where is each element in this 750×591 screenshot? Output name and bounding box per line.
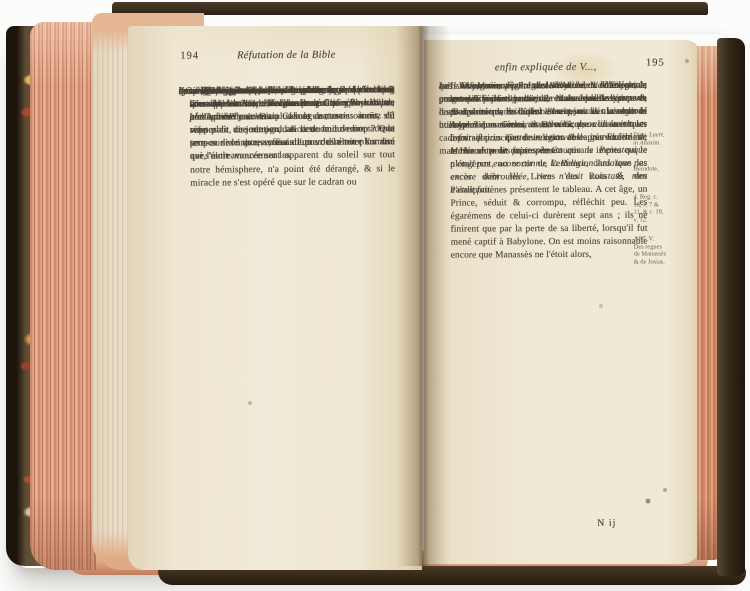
left-page-header: 194 Réfutation de la Bible — [178, 49, 394, 67]
leather-cover-right — [717, 38, 745, 576]
margin-note-citation: Herodote, l. 2. — [633, 165, 691, 180]
margin-note-citation: 4. Reg. c. 16, v. 7 & 11, & c. 19, v. 12… — [633, 193, 691, 224]
left-running-title: Réfutation de la Bible — [178, 49, 394, 62]
left-page: 194 Réfutation de la Bible simplement qu… — [128, 26, 422, 570]
right-running-title: enfin expliquée de V..., — [439, 62, 653, 74]
margin-note-citation: Diog. Laert. in Anaxim. — [633, 131, 691, 146]
right-page-header: enfin expliquée de V..., 195 — [439, 62, 653, 79]
printers-signature: N ij — [597, 518, 616, 529]
left-page-surface: 194 Réfutation de la Bible simplement qu… — [128, 26, 422, 570]
photo-of-open-book: 194 Réfutation de la Bible simplement qu… — [0, 0, 750, 591]
right-text-block: Juifs ne jugeoient point de la marche du… — [439, 80, 647, 81]
paragraph: Vous avancez en l'air qu'il n'entend rie… — [179, 83, 395, 85]
left-text-block: simplement que l'ombre rétrograda de dix… — [179, 83, 395, 85]
margin-notes-column: Diog. Laert. in Anaxim. Herodote, l. 2. … — [633, 40, 698, 564]
right-page: enfin expliquée de V..., 195 Juifs ne ju… — [424, 40, 700, 564]
foxing-spots — [0, 0, 2, 2]
right-page-surface: enfin expliquée de V..., 195 Juifs ne ju… — [424, 40, 700, 564]
fore-edge-left — [30, 22, 96, 570]
paragraph: Ou Manassé, Roitelet de Juda, n'avoit ja… — [439, 80, 647, 81]
margin-note-article: ART. V. Des regnes de Manassès & de Josi… — [634, 235, 692, 266]
